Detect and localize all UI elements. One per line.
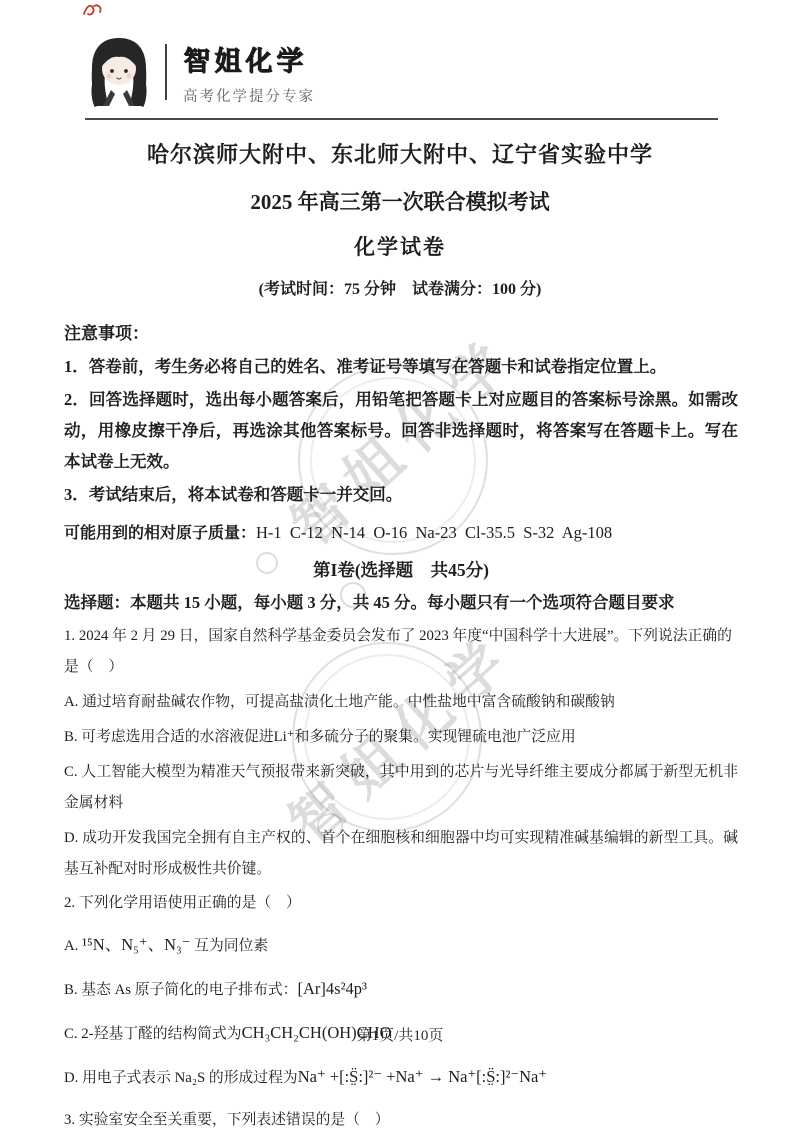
question-1-number: 1. xyxy=(64,628,75,644)
section-1-title: 第I卷(选择题 共45分) xyxy=(64,555,738,585)
section-1-instruction: 选择题：本题共 15 小题，每小题 3 分，共 45 分。每小题只有一个选项符合… xyxy=(64,588,738,618)
brand-divider xyxy=(165,44,167,100)
notice-item-1: 1．答卷前，考生务必将自己的姓名、准考证号等填写在答题卡和试卷指定位置上。 xyxy=(64,351,738,382)
school-title: 哈尔滨师大附中、东北师大附中、辽宁省实验中学 xyxy=(0,138,800,169)
header-rule xyxy=(85,118,718,120)
option-formula: Na⁺ +[:S̤̈:]²⁻ +Na⁺ → Na⁺[:S̤̈:]²⁻Na⁺ xyxy=(298,1067,547,1086)
question-2-text: 下列化学用语使用正确的是（ ） xyxy=(79,895,301,911)
question-1-option-d: D. 成功开发我国完全拥有自主产权的、首个在细胞核和细胞器中均可实现精准碱基编辑… xyxy=(64,823,738,885)
question-1-option-a: A. 通过培育耐盐碱农作物，可提高盐渍化土地产能。中性盐地中富含硫酸钠和碳酸钠 xyxy=(64,687,738,718)
question-2-number: 2. xyxy=(64,895,75,911)
exam-title: 2025 年高三第一次联合模拟考试 xyxy=(0,186,800,216)
atomic-mass-values: H-1 C-12 N-14 O-16 Na-23 Cl-35.5 S-32 Ag… xyxy=(256,523,612,542)
question-1-text: 2024 年 2 月 29 日，国家自然科学基金委员会发布了 2023 年度“中… xyxy=(64,628,732,675)
exam-paper-page: 智姐化学 智姐化学 智姐化学 高考化学提分专家 xyxy=(0,0,800,1132)
brand-text-block: 智姐化学 高考化学提分专家 xyxy=(183,39,315,106)
atomic-mass-label: 可能用到的相对原子质量： xyxy=(64,525,256,542)
notice-item-3: 3．考试结束后，将本试卷和答题卡一并交回。 xyxy=(64,479,738,510)
title-block: 哈尔滨师大附中、东北师大附中、辽宁省实验中学 2025 年高三第一次联合模拟考试… xyxy=(0,138,800,299)
question-2-option-b: B. 基态 As 原子简化的电子排布式：[Ar]4s²4p³ xyxy=(64,972,738,1007)
question-1-option-c: C. 人工智能大模型为精准天气预报带来新突破，其中用到的芯片与光导纤维主要成分都… xyxy=(64,757,738,819)
brand-logo-title: 智姐化学 xyxy=(183,39,315,78)
exam-meta: (考试时间：75 分钟 试卷满分：100 分) xyxy=(0,276,800,299)
atomic-mass-row: 可能用到的相对原子质量：H-1 C-12 N-14 O-16 Na-23 Cl-… xyxy=(64,518,738,549)
option-label: B. xyxy=(64,982,78,998)
question-2-stem: 2. 下列化学用语使用正确的是（ ） xyxy=(64,888,738,919)
option-label: D. xyxy=(64,1070,78,1086)
question-3-number: 3. xyxy=(64,1112,75,1128)
question-2-option-d: D. 用电子式表示 Na₂S 的形成过程为Na⁺ +[:S̤̈:]²⁻ +Na⁺… xyxy=(64,1060,738,1095)
option-formula: ¹⁵N、N₅⁺、N₃⁻ xyxy=(82,935,190,954)
brand-logo-subtitle: 高考化学提分专家 xyxy=(183,85,315,106)
notice-item-2: 2．回答选择题时，选出每小题答案后，用铅笔把答题卡上对应题目的答案标号涂黑。如需… xyxy=(64,384,738,477)
option-text: 互为同位素 xyxy=(194,938,268,954)
question-1-stem: 1. 2024 年 2 月 29 日，国家自然科学基金委员会发布了 2023 年… xyxy=(64,621,738,683)
page-number-footer: 第1页/共10页 xyxy=(0,1024,800,1045)
avatar-girl-icon xyxy=(85,36,153,108)
question-2-option-a: A. ¹⁵N、N₅⁺、N₃⁻ 互为同位素 xyxy=(64,928,738,963)
question-1-option-b: B. 可考虑选用合适的水溶液促进Li⁺和多硫分子的聚集。实现锂硫电池广泛应用 xyxy=(64,722,738,753)
option-formula: [Ar]4s²4p³ xyxy=(298,979,367,998)
option-label: A. xyxy=(64,938,78,954)
option-text: 用电子式表示 Na₂S 的形成过程为 xyxy=(82,1070,298,1086)
subject-title: 化学试卷 xyxy=(0,231,800,261)
question-3-stem: 3. 实验室安全至关重要，下列表述错误的是（ ） xyxy=(64,1105,738,1132)
notice-heading: 注意事项： xyxy=(64,319,738,349)
option-text: 基态 As 原子简化的电子排布式： xyxy=(81,982,297,998)
brand-header: 智姐化学 高考化学提分专家 xyxy=(0,0,800,108)
question-3-text: 实验室安全至关重要，下列表述错误的是（ ） xyxy=(79,1112,390,1128)
paper-body: 注意事项： 1．答卷前，考生务必将自己的姓名、准考证号等填写在答题卡和试卷指定位… xyxy=(0,299,800,1132)
